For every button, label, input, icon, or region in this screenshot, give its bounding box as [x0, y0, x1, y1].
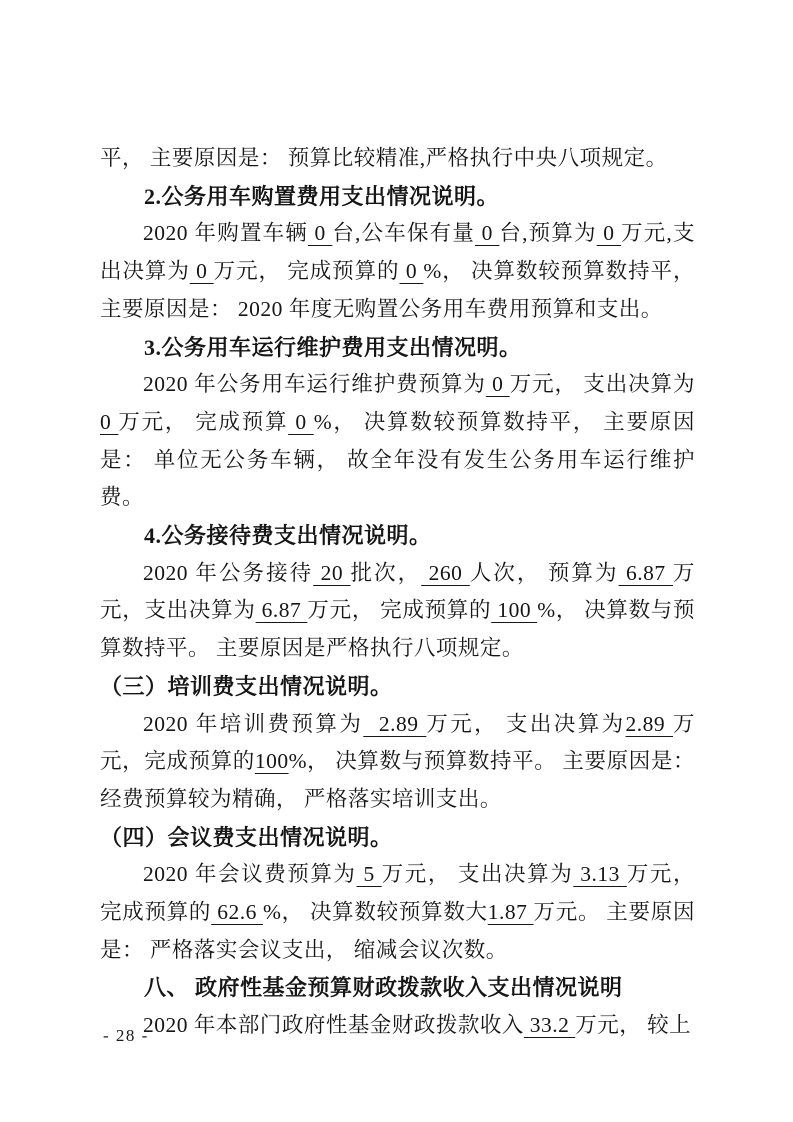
paragraph: 2020 年本部门政府性基金财政拨款收入 33.2 万元， 较上 — [100, 1007, 695, 1045]
underlined-value: 5 — [357, 862, 382, 886]
text-segment: 2020 年本部门政府性基金财政拨款收入 — [143, 1013, 524, 1037]
underlined-value: 20 — [313, 561, 350, 585]
text-segment: 2.公务用车购置费用支出情况说明。 — [144, 184, 499, 209]
underlined-value: 33.2 — [524, 1013, 575, 1037]
underlined-value: 6.87 — [256, 598, 308, 622]
text-segment: 台,公车保有量 — [332, 221, 475, 245]
text-segment: 2020 年公务接待 — [143, 561, 313, 585]
underlined-value: 100 — [491, 598, 537, 622]
text-segment: 万元， 支出决算为 — [426, 712, 625, 736]
paragraph: 2020 年公务用车运行维护费预算为 0 万元， 支出决算为0 万元， 完成预算… — [100, 366, 695, 517]
underlined-value: 3.13 — [573, 862, 627, 886]
section-heading: 4.公务接待费支出情况说明。 — [100, 517, 695, 555]
paragraph: 2020 年公务接待 20 批次， 260 人次， 预算为 6.87 万元，支出… — [100, 555, 695, 668]
content-area: 平， 主要原因是： 预算比较精准,严格执行中央八项规定。2.公务用车购置费用支出… — [100, 140, 695, 1045]
paragraph: 平， 主要原因是： 预算比较精准,严格执行中央八项规定。 — [100, 140, 695, 178]
text-segment: 万元， 较上 — [575, 1013, 691, 1037]
text-segment: 4.公务接待费支出情况说明。 — [144, 523, 432, 548]
underlined-value: 0 — [486, 372, 510, 396]
text-segment: 2020 年培训费预算为 — [143, 712, 363, 736]
section-heading: 2.公务用车购置费用支出情况说明。 — [100, 178, 695, 216]
text-segment: （三）培训费支出情况说明。 — [100, 674, 393, 699]
paragraph: 2020 年会议费预算为 5 万元， 支出决算为 3.13 万元， 完成预算的 … — [100, 856, 695, 969]
section-heading: 八、 政府性基金预算财政拨款收入支出情况说明 — [100, 969, 695, 1007]
underlined-value: 0 — [597, 221, 621, 245]
underlined-value: 0 — [288, 410, 314, 434]
text-segment: 万元， 完成预算 — [118, 410, 288, 434]
underlined-value: 1.87 — [488, 900, 534, 924]
page-number: - 28 - — [103, 1026, 149, 1046]
text-segment: 平， 主要原因是： 预算比较精准,严格执行中央八项规定。 — [100, 146, 668, 170]
text-segment: 台,预算为 — [499, 221, 596, 245]
underlined-value: 0 — [100, 410, 118, 434]
document-page: 平， 主要原因是： 预算比较精准,严格执行中央八项规定。2.公务用车购置费用支出… — [0, 0, 793, 1122]
text-segment: 3.公务用车运行维护费用支出情况明。 — [144, 335, 522, 360]
underlined-value: 0 — [190, 259, 214, 283]
text-segment: 2020 年会议费预算为 — [143, 862, 357, 886]
text-segment: 万元， 支出决算为 — [382, 862, 574, 886]
section-heading: （三）培训费支出情况说明。 — [100, 668, 695, 706]
text-segment: %， 决算数较预算数大 — [263, 900, 488, 924]
underlined-value: 0 — [400, 259, 424, 283]
underlined-value: 260 — [421, 561, 470, 585]
underlined-value: 62.6 — [211, 900, 263, 924]
paragraph: 2020 年培训费预算为 2.89 万元， 支出决算为2.89 万元，完成预算的… — [100, 706, 695, 819]
text-segment: 万元， 支出决算为 — [510, 372, 695, 396]
text-segment: 万元， 完成预算的 — [307, 598, 491, 622]
section-heading: 3.公务用车运行维护费用支出情况明。 — [100, 329, 695, 367]
paragraph: 2020 年购置车辆 0 台,公车保有量 0 台,预算为 0 万元,支出决算为 … — [100, 215, 695, 328]
text-segment: 万元， 完成预算的 — [214, 259, 400, 283]
underlined-value: 2.89 — [363, 712, 426, 736]
underlined-value: 100 — [255, 749, 289, 773]
text-segment: （四）会议费支出情况说明。 — [100, 825, 393, 850]
text-segment: 人次， 预算为 — [470, 561, 619, 585]
text-segment: 八、 政府性基金预算财政拨款收入支出情况说明 — [144, 975, 623, 1000]
underlined-value: 2.89 — [626, 712, 673, 736]
section-heading: （四）会议费支出情况说明。 — [100, 819, 695, 857]
text-segment: 2020 年购置车辆 — [143, 221, 308, 245]
underlined-value: 0 — [308, 221, 332, 245]
text-segment: 2020 年公务用车运行维护费预算为 — [143, 372, 486, 396]
underlined-value: 6.87 — [619, 561, 673, 585]
text-segment: 批次， — [351, 561, 422, 585]
underlined-value: 0 — [475, 221, 499, 245]
